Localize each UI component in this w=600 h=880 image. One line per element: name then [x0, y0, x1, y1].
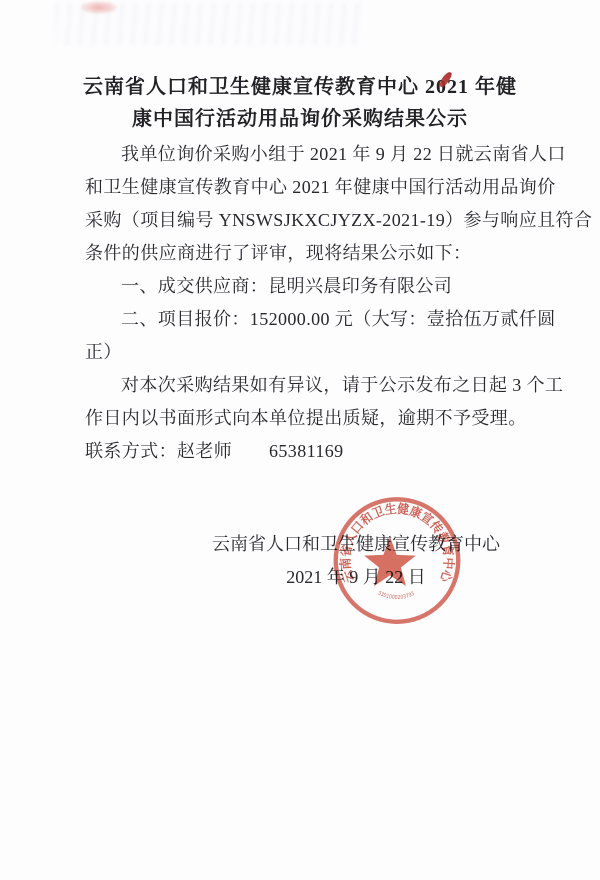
- document-title-line2: 康中国行活动用品询价采购结果公示: [40, 103, 560, 135]
- body-line-1: 我单位询价采购小组于 2021 年 9 月 22 日就云南省人口: [85, 138, 515, 171]
- body-line-3: 采购（项目编号 YNSWSJKXCJYZX-2021-19）参与响应且符合: [85, 204, 515, 237]
- objection-line-2: 作日内以书面形式向本单位提出质疑，逾期不予受理。: [85, 402, 515, 435]
- signature-block: 云南省人口和卫生健康宣传教育中心 2021 年 9 月 22 日: [212, 528, 500, 594]
- scan-artifact-streaks: [55, 2, 365, 46]
- price-continuation-line: 正）: [85, 336, 515, 369]
- document-title-line1: 云南省人口和卫生健康宣传教育中心 2021 年健: [40, 71, 560, 103]
- body-line-4: 条件的供应商进行了评审，现将结果公示如下：: [85, 237, 515, 270]
- red-ink-smudge: [80, 1, 118, 14]
- signature-date: 2021 年 9 月 22 日: [212, 561, 500, 594]
- winning-supplier-line: 一、成交供应商：昆明兴晨印务有限公司: [85, 270, 515, 303]
- contact-line: 联系方式：赵老师 65381169: [85, 435, 515, 468]
- signature-org: 云南省人口和卫生健康宣传教育中心: [212, 528, 500, 561]
- project-price-line: 二、项目报价：152000.00 元（大写：壹拾伍万贰仟圆: [85, 303, 515, 336]
- body-line-2: 和卫生健康宣传教育中心 2021 年健康中国行活动用品询价: [85, 171, 515, 204]
- scanned-document-page: 云南省人口和卫生健康宣传教育中心 2021 年健 康中国行活动用品询价采购结果公…: [0, 0, 600, 880]
- document-body: 我单位询价采购小组于 2021 年 9 月 22 日就云南省人口 和卫生健康宣传…: [85, 138, 515, 468]
- objection-line-1: 对本次采购结果如有异议，请于公示发布之日起 3 个工: [85, 369, 515, 402]
- document-title: 云南省人口和卫生健康宣传教育中心 2021 年健 康中国行活动用品询价采购结果公…: [40, 71, 560, 135]
